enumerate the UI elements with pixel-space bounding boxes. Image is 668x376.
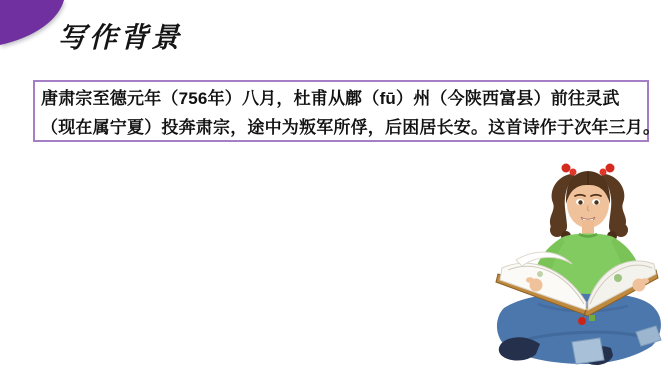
girl-head	[566, 171, 610, 234]
girl-reading-illustration	[478, 158, 668, 376]
slide-title: 写作背景	[58, 16, 182, 56]
body-text-line-2: （现在属宁夏）投奔肃宗，途中为叛军所俘，后困居长安。这首诗作于次年三月。	[41, 113, 641, 142]
body-text-line-1: 唐肃宗至德元年（756年）八月，杜甫从鄜（fū）州（今陕西富县）前往灵武	[41, 84, 641, 113]
slide: 写作背景 唐肃宗至德元年（756年）八月，杜甫从鄜（fū）州（今陕西富县）前往灵…	[0, 0, 668, 376]
background-text-box: 唐肃宗至德元年（756年）八月，杜甫从鄜（fū）州（今陕西富县）前往灵武 （现在…	[33, 80, 649, 142]
